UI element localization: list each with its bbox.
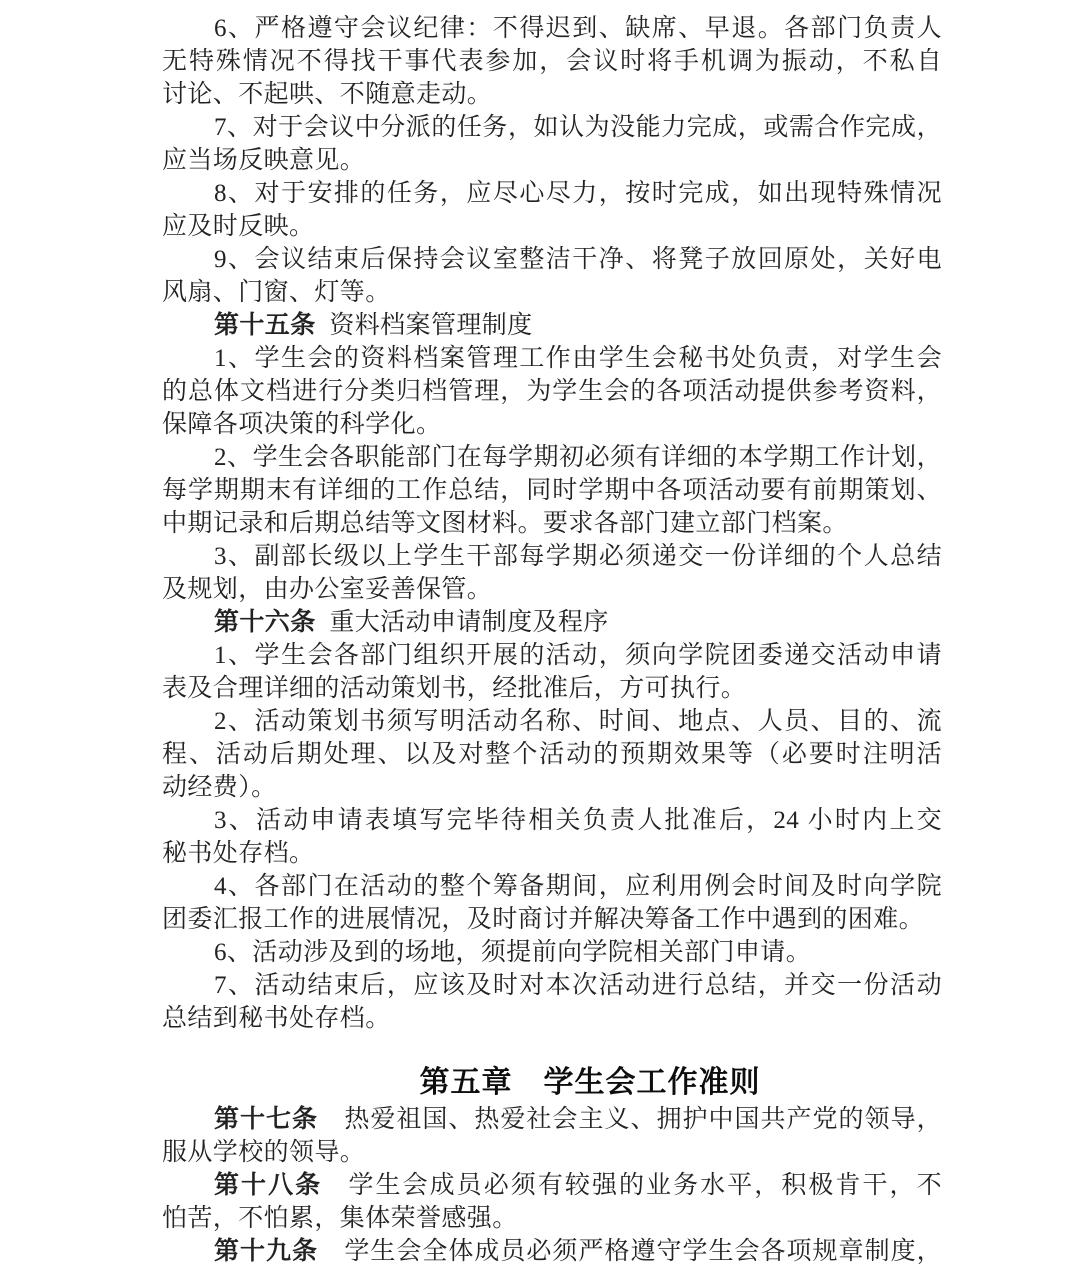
article-number: 第十七条 <box>214 1106 318 1133</box>
body-text-line: 6、严格遵守会议纪律：不得迟到、缺席、早退。各部门负责人 <box>162 12 942 45</box>
article-number: 第十八条 <box>214 1172 322 1199</box>
body-text-line: 2、活动策划书须写明活动名称、时间、地点、人员、目的、流 <box>162 705 942 738</box>
article-line: 第十七条热爱祖国、热爱社会主义、拥护中国共产党的领导， <box>162 1103 942 1136</box>
body-text-line: 7、对于会议中分派的任务，如认为没能力完成，或需合作完成， <box>162 111 942 144</box>
body-text-line: 1、学生会各部门组织开展的活动，须向学院团委递交活动申请 <box>162 639 942 672</box>
body-text-line: 6、活动涉及到的场地，须提前向学院相关部门申请。 <box>162 936 942 969</box>
body-text-line: 每学期期末有详细的工作总结，同时学期中各项活动要有前期策划、 <box>162 474 942 507</box>
article-line: 第十八条学生会成员必须有较强的业务水平，积极肯干，不 <box>162 1169 942 1202</box>
body-text-line: 保障各项决策的科学化。 <box>162 408 942 441</box>
body-text-line: 无特殊情况不得找干事代表参加，会议时将手机调为振动，不私自 <box>162 45 942 78</box>
body-text-line: 中期记录和后期总结等文图材料。要求各部门建立部门档案。 <box>162 507 942 540</box>
body-text-line: 7、活动结束后，应该及时对本次活动进行总结，并交一份活动 <box>162 969 942 1002</box>
body-text-line: 1、学生会的资料档案管理工作由学生会秘书处负责，对学生会 <box>162 342 942 375</box>
article-heading-line: 第十六条重大活动申请制度及程序 <box>162 606 942 639</box>
chapter-heading: 第五章 学生会工作准则 <box>162 1065 942 1101</box>
body-text-line: 3、活动申请表填写完毕待相关负责人批准后，24 小时内上交 <box>162 804 942 837</box>
body-text-line: 表及合理详细的活动策划书，经批准后，方可执行。 <box>162 672 942 705</box>
body-text-line: 4、各部门在活动的整个筹备期间，应利用例会时间及时向学院 <box>162 870 942 903</box>
body-text-line: 怕苦，不怕累，集体荣誉感强。 <box>162 1202 942 1235</box>
article-number: 第十六条 <box>214 609 316 636</box>
body-text-line: 2、学生会各职能部门在每学期初必须有详细的本学期工作计划， <box>162 441 942 474</box>
body-text-line: 讨论、不起哄、不随意走动。 <box>162 78 942 111</box>
article-line: 第十九条学生会全体成员必须严格遵守学生会各项规章制度， <box>162 1235 942 1268</box>
body-text-line: 的总体文档进行分类归档管理，为学生会的各项活动提供参考资料， <box>162 375 942 408</box>
body-text-line: 秘书处存档。 <box>162 837 942 870</box>
body-text-line: 总结到秘书处存档。 <box>162 1002 942 1035</box>
article-text: 学生会全体成员必须严格遵守学生会各项规章制度， <box>344 1238 942 1265</box>
article-text: 热爱祖国、热爱社会主义、拥护中国共产党的领导， <box>344 1106 942 1133</box>
article-text: 学生会成员必须有较强的业务水平，积极肯干，不 <box>348 1172 942 1199</box>
body-text-line: 应当场反映意见。 <box>162 144 942 177</box>
body-text-line: 3、副部长级以上学生干部每学期必须递交一份详细的个人总结 <box>162 540 942 573</box>
body-text-line: 8、对于安排的任务，应尽心尽力，按时完成，如出现特殊情况 <box>162 177 942 210</box>
body-text-line: 程、活动后期处理、以及对整个活动的预期效果等（必要时注明活 <box>162 738 942 771</box>
body-text-line: 服从学校的领导。 <box>162 1136 942 1169</box>
article-number: 第十五条 <box>214 312 316 339</box>
body-text-line: 团委汇报工作的进展情况，及时商讨并解决筹备工作中遇到的困难。 <box>162 903 942 936</box>
article-title: 资料档案管理制度 <box>329 312 532 339</box>
body-text-line: 应及时反映。 <box>162 210 942 243</box>
body-text-line: 及规划，由办公室妥善保管。 <box>162 573 942 606</box>
body-text-line: 9、会议结束后保持会议室整洁干净、将凳子放回原处，关好电 <box>162 243 942 276</box>
article-title: 重大活动申请制度及程序 <box>329 609 608 636</box>
article-heading-line: 第十五条资料档案管理制度 <box>162 309 942 342</box>
document-page: 6、严格遵守会议纪律：不得迟到、缺席、早退。各部门负责人 无特殊情况不得找干事代… <box>162 12 942 1268</box>
body-text-line: 风扇、门窗、灯等。 <box>162 276 942 309</box>
body-text-line: 动经费）。 <box>162 771 942 804</box>
article-number: 第十九条 <box>214 1238 318 1265</box>
